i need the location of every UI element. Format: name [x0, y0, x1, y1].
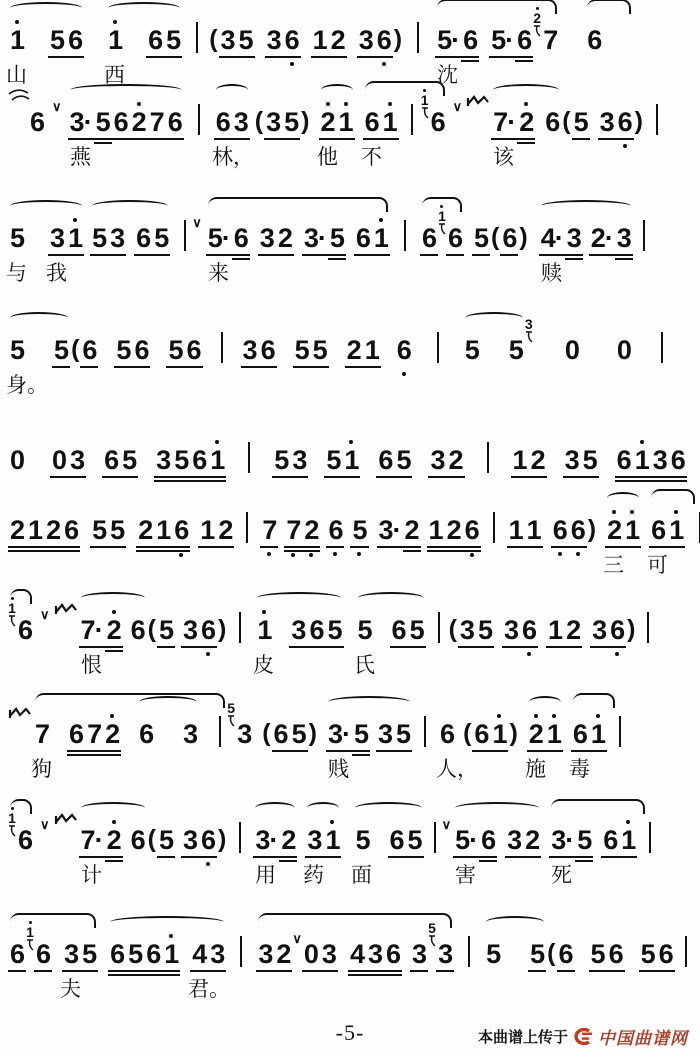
note: 1: [546, 617, 564, 644]
spacer: [226, 967, 238, 968]
note: 7: [541, 27, 559, 54]
note: 6: [34, 941, 52, 968]
lyrics-row: 狗贱人，施毒: [8, 757, 696, 785]
phrase-bracket: [208, 197, 388, 212]
note: 3: [563, 447, 581, 474]
note: 3: [410, 941, 428, 968]
note: 2: [403, 517, 421, 544]
note: 3: [258, 225, 276, 252]
note: 1: [208, 447, 226, 474]
note: 2: [329, 27, 347, 54]
spacer: [26, 53, 48, 54]
note: 6: [557, 941, 575, 968]
note: 3: [458, 617, 476, 644]
note: 6: [551, 517, 569, 544]
note: 3: [428, 447, 446, 474]
spacer: [479, 53, 489, 54]
note: 6: [132, 337, 150, 364]
spacer: [51, 747, 67, 748]
notation-line-10: 6163565614332∨0343635355(65656夫君。: [8, 930, 696, 1005]
note: 6: [102, 447, 120, 474]
spacer: [426, 643, 436, 644]
phrase-bracket: [10, 589, 32, 604]
spacer: [581, 363, 615, 364]
lyric-char: 施: [525, 757, 546, 782]
grace-hook-icon: [525, 331, 533, 343]
note: 2: [44, 517, 62, 544]
spacer: [347, 53, 357, 54]
note: 6: [438, 721, 456, 748]
spacer: [428, 747, 438, 748]
note: 5: [639, 941, 657, 968]
note: 2: [527, 721, 545, 748]
mordent-icon: [466, 95, 490, 107]
close-paren: ): [508, 719, 518, 748]
open-paren: (: [462, 719, 472, 748]
note: 2: [523, 827, 541, 854]
spacer: [637, 643, 645, 644]
spacer: [603, 53, 633, 54]
close-paren: ): [634, 107, 644, 136]
site-credit: 本曲谱上传于 中国曲谱网: [478, 1024, 688, 1049]
note: 5: [528, 941, 546, 968]
spacer: [502, 967, 528, 968]
lyric-char: 赎: [541, 261, 562, 286]
rest-note: 0: [615, 337, 633, 364]
note: 6: [446, 225, 464, 252]
spacer: [374, 643, 390, 644]
note: 5: [48, 27, 66, 54]
note: 6: [520, 617, 538, 644]
spacer: [34, 853, 40, 854]
note: 2: [274, 941, 292, 968]
note: 6: [214, 109, 232, 136]
note: 3·: [253, 827, 279, 854]
spacer: [150, 363, 166, 364]
note: 1: [619, 827, 637, 854]
note: 6: [515, 27, 533, 54]
lyric-char: 药: [303, 863, 324, 888]
note: 3: [181, 827, 199, 854]
notation-line-2: 6∨3·5627663(35)216116∨7·26(536)燕林，他不该: [8, 98, 696, 173]
note: 5: [152, 225, 170, 252]
slur-arc: [607, 492, 639, 504]
note: 5: [311, 337, 329, 364]
notation-line-1: 156165(35361236)5·65·6276山西沈: [8, 16, 696, 91]
spacer: [308, 473, 324, 474]
close-paren: ): [300, 107, 310, 136]
notes-row: 16∨7·26(536)1365565(35361236): [8, 606, 696, 644]
note: 3: [357, 27, 375, 54]
note: 3·: [326, 721, 352, 748]
barline: [219, 716, 221, 747]
notation-line-9: 16∨7·26(536)3·231565∨5·6323·561计用药面害死: [8, 816, 696, 891]
slur-arc: [108, 2, 180, 14]
note: 5: [108, 517, 126, 544]
note: 6: [395, 337, 413, 364]
note: 7: [33, 721, 51, 748]
barline: [647, 612, 649, 643]
spacer: [529, 251, 539, 252]
note: 5: [272, 447, 290, 474]
spacer: [155, 747, 181, 748]
note: 7·: [79, 827, 105, 854]
note: 6: [376, 447, 394, 474]
site-name: 中国曲谱网: [598, 1024, 688, 1049]
note: 6: [669, 447, 687, 474]
spacer: [685, 543, 697, 544]
note: 3: [320, 941, 338, 968]
note: 6: [66, 27, 84, 54]
note: 1: [623, 517, 641, 544]
note: 3: [108, 225, 126, 252]
note: 6: [8, 941, 26, 968]
spacer: [26, 363, 52, 364]
lyric-char: 皮: [253, 653, 274, 678]
grace-note: 3: [525, 317, 533, 343]
spacer: [86, 473, 102, 474]
slur-arc: [81, 802, 145, 814]
note: 1: [106, 27, 124, 54]
breath-mark-icon: ∨: [192, 215, 202, 231]
note: 1: [255, 617, 273, 644]
close-paren: ): [626, 615, 636, 644]
phrase-bracket: [651, 489, 695, 504]
note: 3: [264, 109, 282, 136]
note: 5: [572, 109, 590, 136]
spacer: [277, 363, 293, 364]
note: 5: [406, 827, 424, 854]
note: 6: [80, 337, 98, 364]
note: 2: [445, 517, 463, 544]
note: 4: [348, 941, 366, 968]
spacer: [481, 363, 507, 364]
lyric-char: 夫: [60, 977, 81, 1002]
notation-line-6: 21265521612772653·21261166)2161三可: [8, 506, 696, 581]
note: 6: [543, 109, 561, 136]
phrase-bracket: [437, 0, 557, 14]
note: 2: [279, 827, 297, 854]
note: 6: [232, 225, 250, 252]
slur-arc: [358, 592, 424, 604]
slur-arc: [307, 802, 339, 814]
spacer: [244, 967, 256, 968]
phrase-bracket: [10, 799, 32, 814]
spacer: [338, 967, 348, 968]
barline: [661, 332, 663, 363]
note: 5: [463, 337, 481, 364]
note: 3: [289, 617, 307, 644]
note: 1: [381, 109, 399, 136]
spacer: [543, 543, 551, 544]
note: 6: [272, 721, 290, 748]
note: 5: [80, 941, 98, 968]
barline: [437, 332, 439, 363]
note: 1: [667, 517, 685, 544]
note: 2: [216, 517, 234, 544]
note: 7: [148, 109, 166, 136]
lyrics-row: 身。: [8, 373, 696, 401]
note: 1: [372, 225, 390, 252]
slur-arc: [10, 312, 68, 324]
notes-row: 55(65656365521655300: [8, 326, 696, 364]
note: 5: [328, 225, 346, 252]
note: 4: [190, 941, 208, 968]
spacer: [381, 363, 395, 364]
barline: [248, 442, 250, 473]
spacer: [318, 747, 326, 748]
grace-hook-icon: [533, 25, 541, 37]
note: 6: [500, 225, 518, 252]
note: 7: [284, 517, 302, 544]
tie-continuation-icon: [8, 88, 30, 102]
phrase-bracket: [551, 799, 645, 814]
lyric-char: 恨: [81, 653, 102, 678]
note: 6: [129, 827, 147, 854]
note: 5: [8, 225, 26, 252]
note: 3: [651, 447, 669, 474]
spacer: [200, 53, 208, 54]
lyric-char: 人，: [436, 757, 478, 782]
note: 5: [114, 337, 132, 364]
note: 3·: [377, 517, 403, 544]
lyrics-row: 计用药面害死: [8, 863, 696, 891]
spacer: [138, 473, 154, 474]
spacer: [641, 543, 649, 544]
note: 6: [108, 941, 126, 968]
note: 6: [16, 617, 34, 644]
spacer: [234, 543, 244, 544]
spacer: [633, 251, 641, 252]
spacer: [447, 135, 453, 136]
note: 5: [166, 337, 184, 364]
phrase-bracket: [10, 913, 96, 928]
barline: [619, 716, 621, 747]
barline: [411, 104, 413, 135]
note: 1: [154, 517, 172, 544]
close-paren: ): [217, 825, 227, 854]
note: 2: [302, 517, 320, 544]
slur-arc: [257, 592, 341, 604]
open-paren: (: [208, 25, 218, 54]
spacer: [226, 473, 246, 474]
spacer: [424, 853, 432, 854]
note: 1: [511, 447, 529, 474]
lyric-char: 君。: [188, 977, 230, 1002]
grace-note: 5: [227, 701, 235, 727]
lyrics-row: 与我来赎: [8, 261, 696, 289]
lyric-char: 我: [46, 261, 67, 286]
grace-hook-icon: [227, 715, 235, 727]
spacer: [369, 543, 377, 544]
note: 6: [283, 27, 301, 54]
note: 1: [26, 517, 44, 544]
spacer: [607, 747, 617, 748]
notation-line-4: 55(65656365521655300身。: [8, 326, 696, 401]
spacer: [80, 543, 90, 544]
note: 5: [356, 617, 374, 644]
note: 3: [305, 827, 323, 854]
slur-arc: [70, 84, 182, 96]
note: 1: [198, 517, 216, 544]
note: 6: [326, 517, 344, 544]
spacer: [84, 53, 106, 54]
slur-arc: [139, 696, 197, 708]
note: 3: [208, 941, 226, 968]
note: 7·: [79, 617, 105, 644]
note: 5: [126, 941, 144, 968]
grace-hook-icon: [8, 615, 16, 627]
note: 6: [390, 617, 408, 644]
barline: [685, 936, 687, 967]
slur-arc: [541, 200, 631, 212]
note: 6: [190, 447, 208, 474]
notation-line-8: 76726353(65)3·5356(61)2161狗贱人，施毒: [8, 710, 696, 785]
spacer: [408, 251, 420, 252]
note: 1: [337, 109, 355, 136]
note: 5: [120, 447, 138, 474]
note: 6: [607, 941, 625, 968]
spacer: [412, 747, 422, 748]
note: 6: [608, 617, 626, 644]
note: 2: [319, 109, 337, 136]
rest-note: 0: [302, 941, 320, 968]
note: 3: [62, 941, 80, 968]
note: 3: [502, 617, 520, 644]
slur-arc: [110, 916, 224, 928]
spacer: [491, 473, 511, 474]
barline: [221, 332, 223, 363]
spacer: [541, 853, 549, 854]
note: 5: [484, 941, 502, 968]
spacer: [402, 967, 410, 968]
notes-row: 003653561535165321235613651: [8, 436, 696, 474]
slur-arc: [10, 200, 82, 212]
spacer: [355, 135, 363, 136]
note: 2: [105, 827, 123, 854]
note: 2: [529, 447, 547, 474]
spacer: [637, 853, 647, 854]
spacer: [202, 135, 214, 136]
barline: [196, 22, 198, 53]
slur-arc: [465, 312, 523, 324]
lyric-char: 三: [603, 553, 624, 578]
note: 7: [260, 517, 278, 544]
note: 3: [366, 941, 384, 968]
note: 5: [8, 337, 26, 364]
spacer: [250, 251, 258, 252]
grace-hook-icon: [26, 939, 34, 951]
spacer: [126, 543, 136, 544]
note: 1: [490, 721, 508, 748]
slur-arc: [328, 696, 410, 708]
spacer: [341, 853, 353, 854]
spacer: [454, 967, 466, 968]
close-paren: ): [217, 615, 227, 644]
note: 5: [172, 447, 190, 474]
note: 5: [472, 225, 490, 252]
spacer: [50, 853, 54, 854]
note: 6: [185, 337, 203, 364]
upload-note: 本曲谱上传于: [478, 1026, 568, 1047]
slur-arc: [255, 802, 295, 814]
spacer: [98, 967, 108, 968]
note: 3: [235, 721, 253, 748]
note: 1: [363, 337, 381, 364]
spacer: [472, 967, 484, 968]
rest-note: 0: [8, 447, 26, 474]
spacer: [227, 853, 237, 854]
spacer: [535, 135, 543, 136]
barline: [417, 22, 419, 53]
breath-mark-icon: ∨: [453, 99, 463, 115]
lyric-char: 山: [6, 63, 27, 88]
note: 5: [157, 617, 175, 644]
spacer: [199, 747, 217, 748]
note: 2: [345, 337, 363, 364]
note: 1: [323, 827, 341, 854]
note: 1: [633, 447, 651, 474]
note: 5: [325, 617, 343, 644]
note: 1: [507, 517, 525, 544]
notation-line-7: 16∨7·26(536)1365565(35361236)恨皮氏: [8, 606, 696, 681]
lyrics-row: 夫君。: [8, 977, 696, 1005]
note: 2: [605, 517, 623, 544]
mordent-icon: [54, 603, 78, 615]
slur-arc: [355, 802, 422, 814]
breath-mark-icon: ∨: [40, 817, 50, 833]
breath-mark-icon: ∨: [292, 931, 302, 947]
note: 3·: [68, 109, 94, 136]
spacer: [497, 543, 507, 544]
slur-arc: [81, 592, 145, 604]
note: 5: [157, 827, 175, 854]
note: 1: [427, 517, 445, 544]
note: 3: [256, 941, 274, 968]
note: 6: [657, 941, 675, 968]
spacer: [301, 53, 311, 54]
spacer: [399, 135, 409, 136]
note: 1: [545, 721, 563, 748]
spacer: [438, 853, 442, 854]
note: 3: [505, 827, 523, 854]
barline: [656, 104, 658, 135]
slur-arc: [486, 916, 544, 928]
spacer: [415, 135, 421, 136]
note: 6: [384, 941, 402, 968]
barline: [438, 612, 440, 643]
note: 6: [112, 109, 130, 136]
note: 5·: [435, 27, 461, 54]
note: 2: [8, 517, 26, 544]
spacer: [625, 967, 639, 968]
note: 3: [181, 617, 199, 644]
note: 3: [290, 447, 308, 474]
spacer: [421, 53, 435, 54]
phrase-bracket: [258, 913, 452, 928]
note: 2: [136, 517, 154, 544]
spacer: [50, 643, 54, 644]
spacer: [538, 643, 546, 644]
note: 6: [307, 617, 325, 644]
note: 2: [517, 109, 535, 136]
note: 3: [68, 447, 86, 474]
note: 5: [507, 337, 525, 364]
note: 5: [350, 517, 368, 544]
note: 6: [463, 517, 481, 544]
slur-arc: [493, 84, 559, 96]
spacer: [26, 473, 50, 474]
